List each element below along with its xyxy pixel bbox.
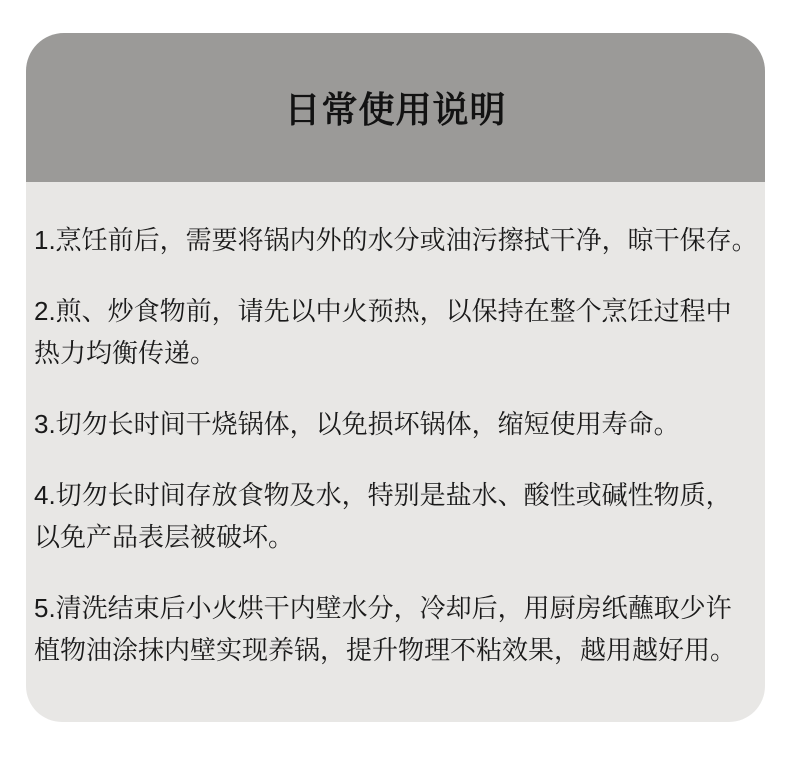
instruction-line: 3.切勿长时间干烧锅体，以免损坏锅体，缩短使用寿命。: [34, 403, 757, 445]
instruction-line: 1.烹饪前后，需要将锅内外的水分或油污擦拭干净，晾干保存。: [34, 219, 757, 261]
instruction-line: 2.煎、炒食物前，请先以中火预热，以保持在整个烹饪过程中: [34, 290, 757, 332]
instruction-item: 2.煎、炒食物前，请先以中火预热，以保持在整个烹饪过程中热力均衡传递。: [34, 290, 757, 374]
instruction-panel: 日常使用说明 1.烹饪前后，需要将锅内外的水分或油污擦拭干净，晾干保存。2.煎、…: [26, 33, 765, 722]
instruction-line: 以免产品表层被破坏。: [34, 516, 757, 558]
instruction-item: 1.烹饪前后，需要将锅内外的水分或油污擦拭干净，晾干保存。: [34, 219, 757, 261]
instruction-line: 热力均衡传递。: [34, 332, 757, 374]
page-title: 日常使用说明: [284, 82, 506, 133]
instruction-line: 5.清洗结束后小火烘干内壁水分，冷却后，用厨房纸蘸取少许: [34, 587, 757, 629]
instructions-card: 1.烹饪前后，需要将锅内外的水分或油污擦拭干净，晾干保存。2.煎、炒食物前，请先…: [26, 182, 765, 722]
instruction-page: 日常使用说明 1.烹饪前后，需要将锅内外的水分或油污擦拭干净，晾干保存。2.煎、…: [0, 0, 790, 777]
instruction-line: 植物油涂抹内壁实现养锅，提升物理不粘效果，越用越好用。: [34, 629, 757, 671]
instruction-line: 4.切勿长时间存放食物及水，特别是盐水、酸性或碱性物质，: [34, 474, 757, 516]
instruction-item: 3.切勿长时间干烧锅体，以免损坏锅体，缩短使用寿命。: [34, 403, 757, 445]
instruction-item: 4.切勿长时间存放食物及水，特别是盐水、酸性或碱性物质，以免产品表层被破坏。: [34, 474, 757, 558]
instruction-item: 5.清洗结束后小火烘干内壁水分，冷却后，用厨房纸蘸取少许植物油涂抹内壁实现养锅，…: [34, 587, 757, 671]
header-band: 日常使用说明: [26, 33, 765, 182]
instructions-list: 1.烹饪前后，需要将锅内外的水分或油污擦拭干净，晾干保存。2.煎、炒食物前，请先…: [34, 219, 757, 671]
